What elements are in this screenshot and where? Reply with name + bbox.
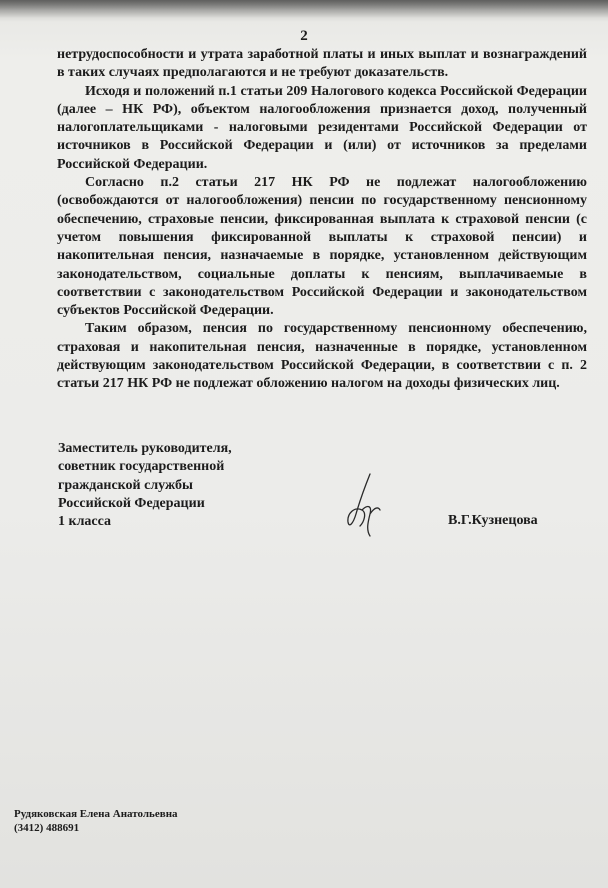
- paragraph-article-209: Исходя и положений п.1 статьи 209 Налого…: [57, 83, 587, 174]
- signer-title-line: 1 класса: [58, 513, 232, 531]
- paragraph-article-217: Согласно п.2 статьи 217 НК РФ не подлежа…: [57, 174, 587, 320]
- signer-title-line: Заместитель руководителя,: [58, 440, 232, 458]
- paragraph-continuation: нетрудоспособности и утрата заработной п…: [57, 46, 587, 83]
- page-edge-shadow: [0, 0, 608, 18]
- signer-title-block: Заместитель руководителя, советник госуд…: [58, 440, 232, 531]
- executor-block: Рудяковская Елена Анатольевна (3412) 488…: [14, 808, 178, 835]
- executor-name: Рудяковская Елена Анатольевна: [14, 808, 178, 822]
- paragraph-conclusion: Таким образом, пенсия по государственном…: [57, 320, 587, 393]
- signer-title-line: советник государственной: [58, 458, 232, 476]
- page-number: 2: [0, 28, 608, 45]
- signer-title-line: Российской Федерации: [58, 495, 232, 513]
- signer-title-line: гражданской службы: [58, 477, 232, 495]
- signer-name: В.Г.Кузнецова: [448, 513, 538, 529]
- executor-phone: (3412) 488691: [14, 822, 178, 836]
- handwritten-signature-icon: [340, 470, 388, 540]
- letter-body: нетрудоспособности и утрата заработной п…: [57, 46, 587, 394]
